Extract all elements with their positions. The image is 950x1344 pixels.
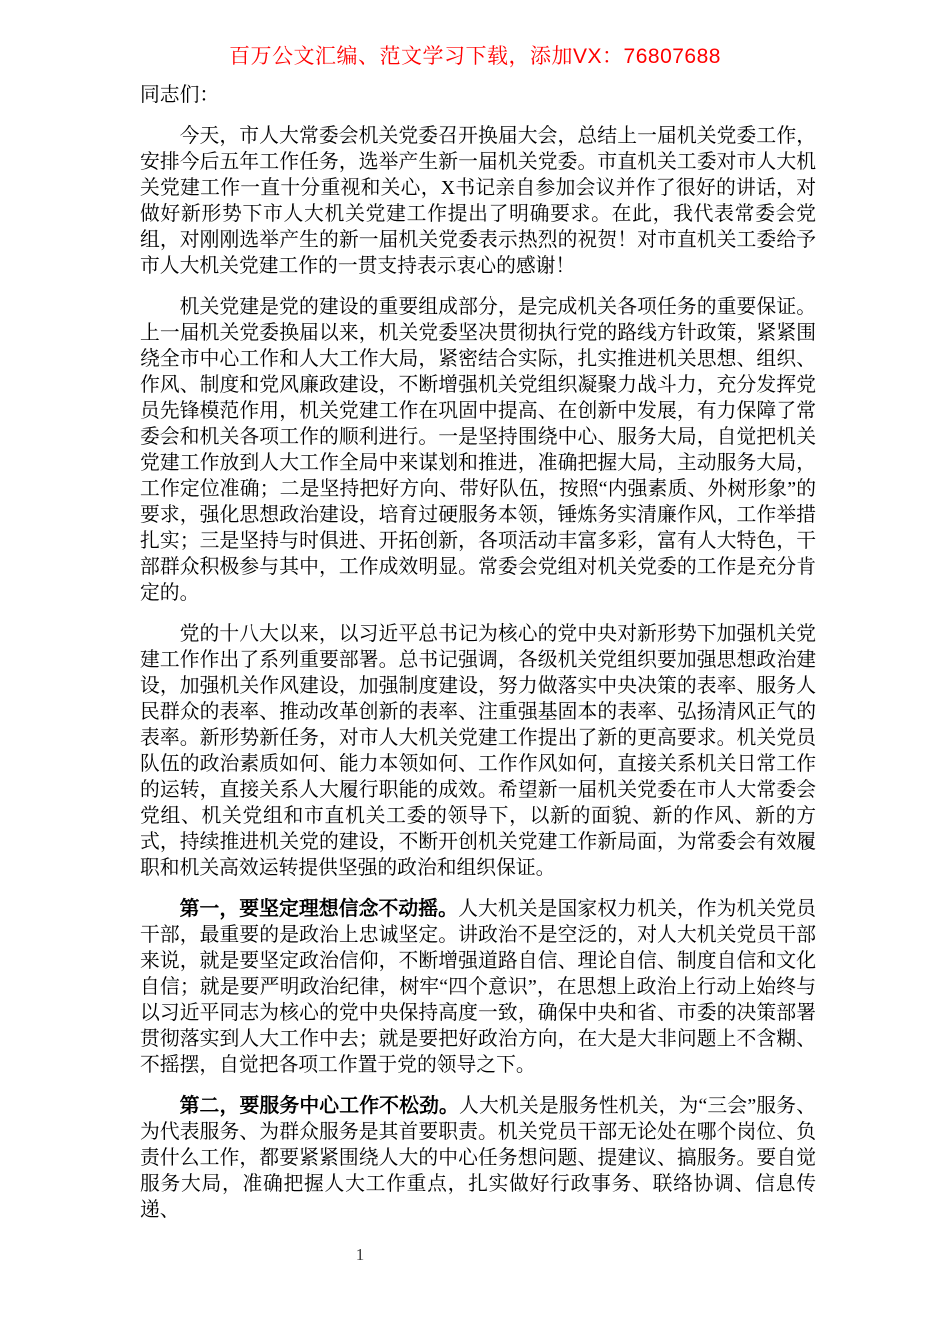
paragraph-text: 党的十八大以来，以习近平总书记为核心的党中央对新形势下加强机关党建工作作出了系列… (140, 623, 816, 879)
paragraph-text: 今天，市人大常委会机关党委召开换届大会，总结上一届机关党委工作，安排今后五年工作… (140, 125, 816, 277)
salutation: 同志们： (140, 82, 816, 108)
paragraph-lead: 第一，要坚定理想信念不动摇。 (180, 898, 458, 920)
page-number: 1 (346, 1244, 374, 1266)
header-notice: 百万公文汇编、范文学习下载，添加VX：76807688 (0, 44, 950, 70)
paragraph: 第二，要服务中心工作不松劲。人大机关是服务性机关，为“三会”服务、为代表服务、为… (140, 1093, 816, 1223)
paragraph: 第一，要坚定理想信念不动摇。人大机关是国家权力机关，作为机关党员干部，最重要的是… (140, 896, 816, 1078)
paragraph-lead: 第二，要服务中心工作不松劲。 (180, 1095, 459, 1117)
document-page: 百万公文汇编、范文学习下载，添加VX：76807688 同志们： 今天，市人大常… (0, 0, 950, 1344)
paragraph-text: 机关党建是党的建设的重要组成部分，是完成机关各项任务的重要保证。上一届机关党委换… (140, 296, 816, 604)
paragraph: 党的十八大以来，以习近平总书记为核心的党中央对新形势下加强机关党建工作作出了系列… (140, 621, 816, 881)
paragraph-text: 人大机关是国家权力机关，作为机关党员干部，最重要的是政治上忠诚坚定。讲政治不是空… (140, 898, 816, 1076)
document-body: 同志们： 今天，市人大常委会机关党委召开换届大会，总结上一届机关党委工作，安排今… (140, 82, 816, 1223)
paragraph: 今天，市人大常委会机关党委召开换届大会，总结上一届机关党委工作，安排今后五年工作… (140, 123, 816, 279)
paragraph: 机关党建是党的建设的重要组成部分，是完成机关各项任务的重要保证。上一届机关党委换… (140, 294, 816, 606)
